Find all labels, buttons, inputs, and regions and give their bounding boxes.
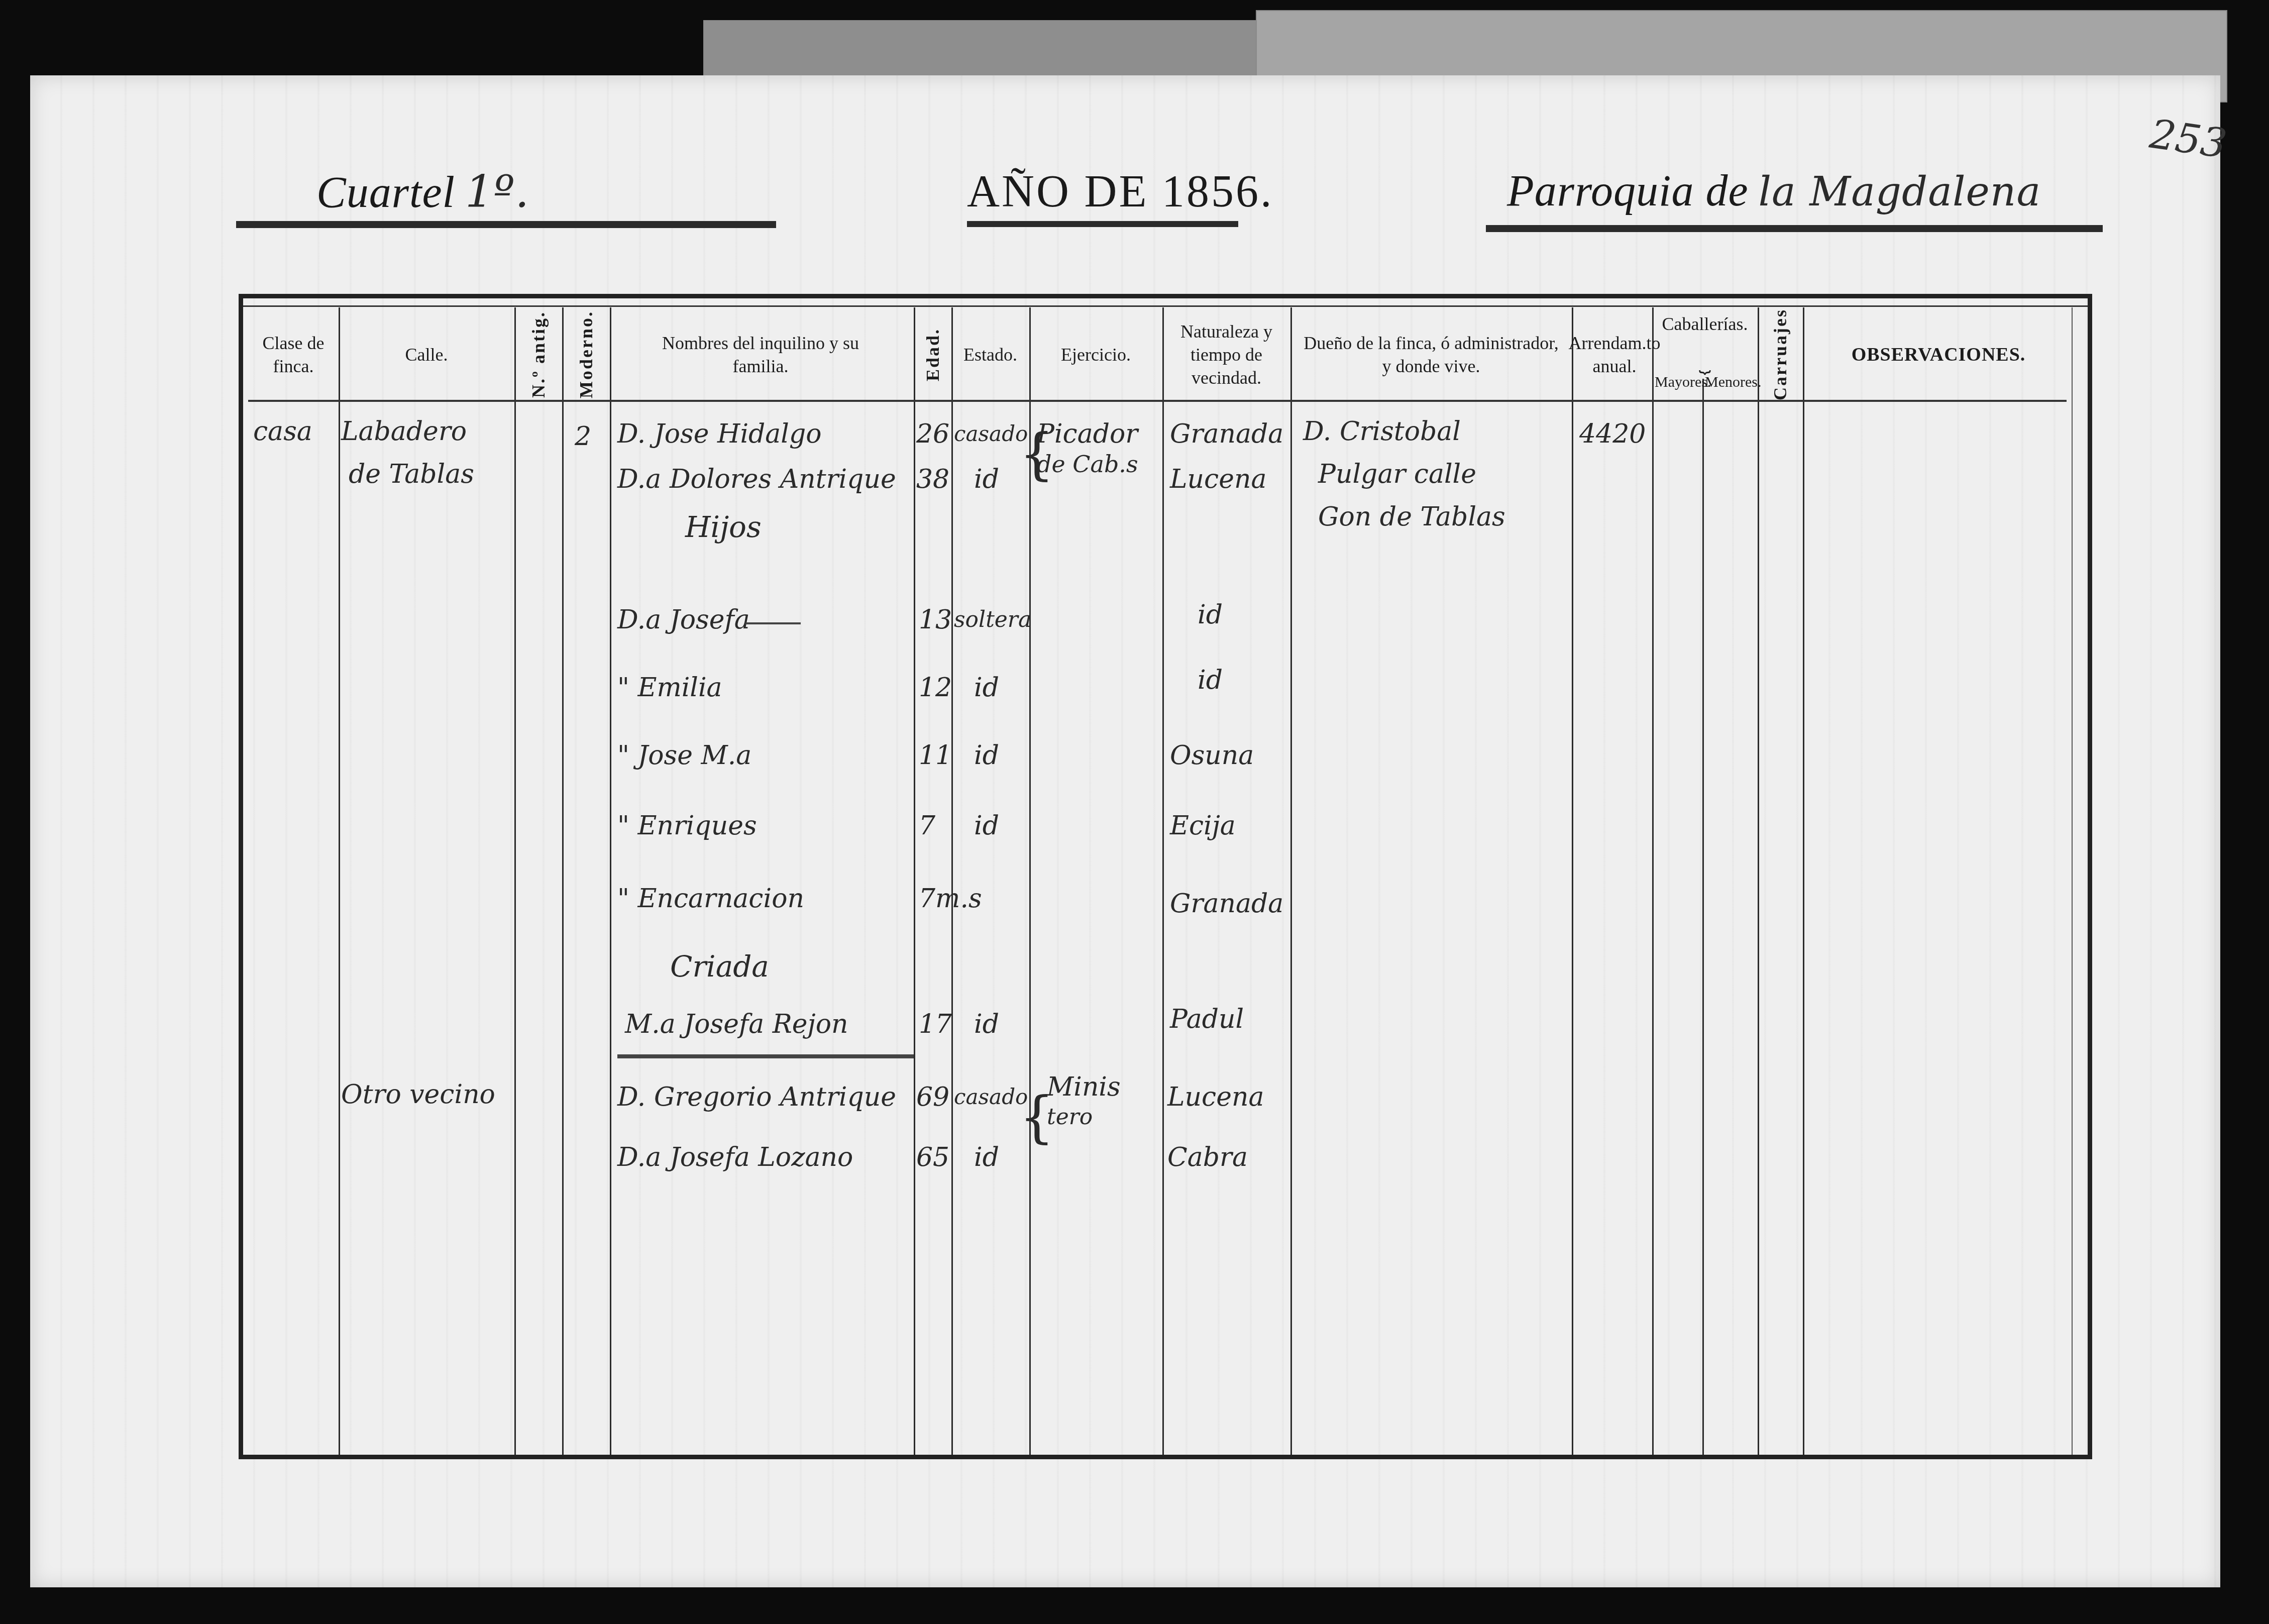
cell-num-moderno: 2 [575, 421, 591, 452]
cell-dueno-line3: Gon de Tablas [1318, 502, 1505, 532]
cell-edad: 69 [916, 1082, 949, 1112]
cell-estado: soltera [954, 605, 1031, 635]
cell-calle-line1: Labadero [341, 416, 467, 447]
header-caballerias: Caballerías. [1657, 313, 1753, 335]
cell-dueno-line1: D. Cristobal [1303, 416, 1461, 447]
column-divider [514, 307, 516, 1455]
cuartel-value: 1º. [465, 166, 529, 218]
header-naturaleza: Naturaleza y tiempo de vecindad. [1172, 310, 1280, 398]
column-divider [1702, 379, 1704, 1455]
census-table: Clase de finca. Calle. N.º antig. Modern… [239, 294, 2092, 1459]
cuartel-label: Cuartel [316, 168, 455, 217]
brace-icon: ⏟ [1657, 354, 1753, 371]
cell-naturaleza: Ecija [1170, 811, 1236, 841]
header-menores: Menores. [1705, 374, 1755, 391]
cell-nombre: " Emilia [617, 673, 722, 703]
cell-naturaleza: Granada [1170, 889, 1283, 919]
header-mayores: Mayores. [1655, 374, 1702, 391]
table-inner-border [243, 305, 2088, 307]
cell-estado: id [974, 1009, 999, 1039]
cell-calle: Otro vecino [341, 1079, 495, 1110]
cell-edad: 7m.s [919, 884, 982, 914]
header-clase-finca: Clase de finca. [253, 310, 334, 398]
cell-naturaleza: Padul [1170, 1004, 1244, 1034]
header-num-antiguo: N.º antig. [517, 310, 560, 398]
parroquia-title: Parroquia de la Magdalena [1507, 166, 2041, 226]
header-arrendamiento: Arrendam.to anual. [1579, 310, 1650, 398]
cell-ejercicio-line2: de Cab.s [1037, 449, 1138, 479]
cell-estado: id [974, 673, 999, 703]
cell-edad: 38 [916, 464, 949, 494]
cuartel-rule [236, 221, 776, 228]
header-edad: Edad. [916, 310, 949, 398]
parroquia-rule [1486, 225, 2103, 232]
cell-edad: 26 [916, 419, 949, 449]
cell-nombre: M.a Josefa Rejon [625, 1009, 848, 1039]
column-divider [1803, 307, 1804, 1455]
cell-estado: id [974, 464, 999, 494]
header-num-moderno: Moderno. [565, 310, 607, 398]
column-divider [1652, 307, 1654, 1455]
cell-estado: id [974, 740, 999, 771]
cell-nombre: D. Jose Hidalgo [617, 419, 822, 449]
cell-nombre: D. Gregorio Antrique [617, 1082, 896, 1112]
header-calle: Calle. [341, 310, 512, 398]
cell-calle-line2: de Tablas [349, 459, 474, 489]
header-carruajes: Carruajes [1760, 310, 1800, 398]
header-observaciones: OBSERVACIONES. [1805, 310, 2072, 398]
column-divider [562, 307, 564, 1455]
header-ejercicio: Ejercicio. [1032, 310, 1160, 398]
cell-naturaleza: id [1198, 600, 1223, 630]
column-divider [1162, 307, 1164, 1455]
cell-ejercicio-line2: tero [1047, 1102, 1093, 1132]
cell-ejercicio-line1: Minis [1047, 1072, 1121, 1102]
cuartel-title: Cuartel 1º. [316, 166, 529, 226]
cell-estado: casado [954, 419, 1028, 449]
header-rule [248, 400, 2067, 402]
cell-nombre: D.a Dolores Antrique [617, 464, 896, 494]
cell-nombre: " Jose M.a [617, 740, 751, 771]
cell-ejercicio-line1: Picador [1037, 419, 1138, 449]
column-divider [1290, 307, 1292, 1455]
cell-naturaleza: id [1198, 665, 1223, 695]
cell-arrendamiento: 4420 [1579, 419, 1646, 449]
cell-nombre: " Enriques [617, 811, 757, 841]
cell-nombre: D.a Josefa Lozano [617, 1142, 853, 1172]
year-title: AÑO DE 1856. [967, 166, 1273, 226]
header-nombres: Nombres del inquilino y su familia. [655, 310, 866, 398]
cell-clase-finca: casa [253, 416, 312, 447]
section-label-hijos: Hijos [685, 512, 762, 542]
column-divider [1572, 307, 1573, 1455]
column-divider [951, 307, 953, 1455]
column-divider [1758, 307, 1759, 1455]
cell-naturaleza: Lucena [1167, 1082, 1264, 1112]
cell-edad: 7 [919, 811, 935, 841]
header-estado: Estado. [954, 310, 1027, 398]
section-label-criada: Criada [670, 951, 769, 982]
column-divider [339, 307, 340, 1455]
column-divider [2072, 307, 2073, 1455]
cell-edad: 12 [919, 673, 952, 703]
cell-estado: casado [954, 1082, 1028, 1112]
parroquia-value: la Magdalena [1759, 168, 2041, 215]
cell-naturaleza: Lucena [1170, 464, 1266, 494]
cell-estado: id [974, 1142, 999, 1172]
column-divider [610, 307, 611, 1455]
header-dueno: Dueño de la finca, ó administrador, y do… [1298, 310, 1564, 398]
cell-nombre: " Encarnacion [617, 884, 804, 914]
cell-edad: 13 [919, 605, 952, 635]
column-divider [914, 307, 915, 1455]
cell-edad: 11 [919, 740, 952, 771]
cell-nombre: D.a Josefa [617, 605, 750, 635]
household-separator [617, 1054, 914, 1058]
cell-naturaleza: Osuna [1170, 740, 1254, 771]
cell-dueno-line2: Pulgar calle [1318, 459, 1476, 489]
parroquia-label: Parroquia de [1507, 167, 1749, 215]
year-label: AÑO DE 1856. [967, 167, 1273, 216]
cell-naturaleza: Cabra [1167, 1142, 1248, 1172]
cell-estado: id [974, 811, 999, 841]
cell-edad: 17 [919, 1009, 952, 1039]
year-rule [967, 221, 1238, 227]
cell-naturaleza: Granada [1170, 419, 1283, 449]
cell-edad: 65 [916, 1142, 949, 1172]
dash-mark [745, 622, 801, 624]
